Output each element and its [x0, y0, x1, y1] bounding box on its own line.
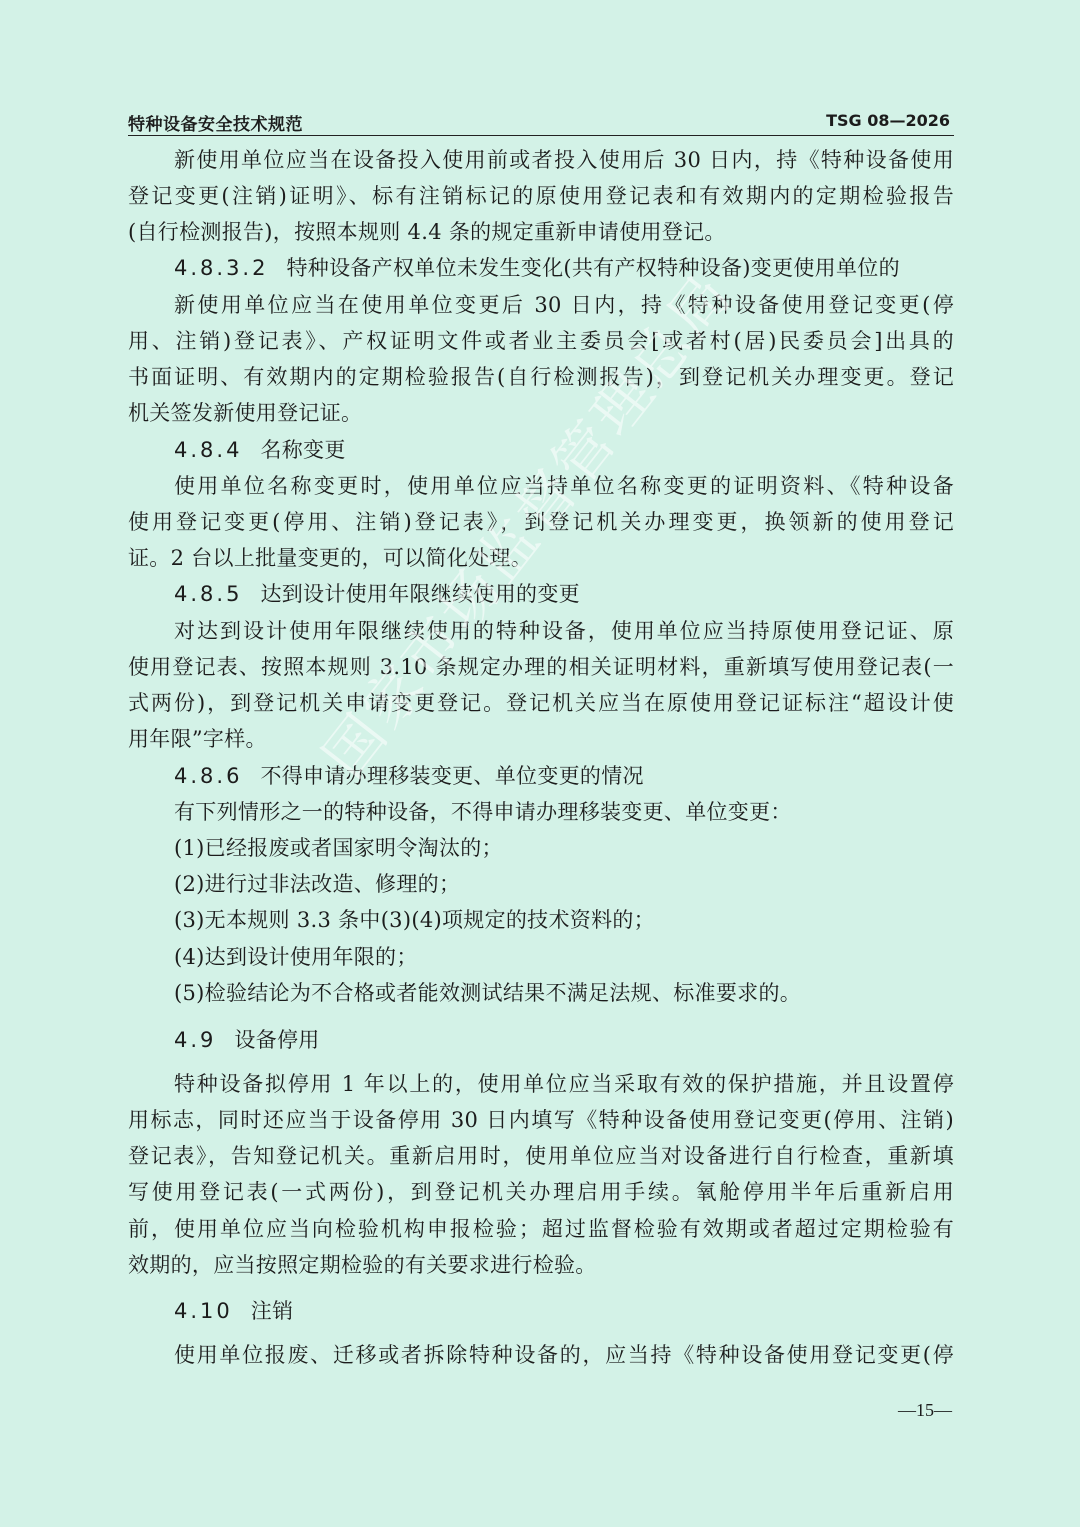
- section-heading: 4.10注销: [174, 1293, 293, 1329]
- section-number: 4.10: [174, 1299, 233, 1323]
- text-line: (5)检验结论为不合格或者能效测试结果不满足法规、标准要求的。: [174, 975, 801, 1011]
- section-heading: 4.8.5达到设计使用年限继续使用的变更: [174, 576, 580, 612]
- section-number: 4.9: [174, 1028, 216, 1052]
- text-line: 登记表》，告知登记机关。重新启用时，使用单位应当对设备进行自行检查，重新填: [128, 1138, 954, 1174]
- section-heading: 4.8.6不得申请办理移装变更、单位变更的情况: [174, 758, 644, 794]
- section-title: 不得申请办理移装变更、单位变更的情况: [260, 764, 643, 788]
- text-line: 前，使用单位应当向检验机构申报检验；超过监督检验有效期或者超过定期检验有: [128, 1211, 954, 1247]
- section-number: 4.8.3.2: [174, 256, 268, 280]
- text-line: (1)已经报废或者国家明令淘汰的；: [174, 830, 503, 866]
- text-line: 有下列情形之一的特种设备，不得申请办理移装变更、单位变更：: [174, 794, 792, 830]
- section-title: 注销: [251, 1299, 294, 1323]
- text-line: (3)无本规则 3.3 条中(3)(4)项规定的技术资料的；: [174, 902, 655, 938]
- text-line: 效期的，应当按照定期检验的有关要求进行检验。: [128, 1247, 597, 1283]
- document-page: 特种设备安全技术规范 TSG 08—2026 新使用单位应当在设备投入使用前或者…: [128, 0, 954, 1527]
- text-line: 机关签发新使用登记证。: [128, 395, 362, 431]
- section-heading: 4.8.3.2特种设备产权单位未发生变化(共有产权特种设备)变更使用单位的: [174, 250, 900, 286]
- text-line: 登记变更(注销)证明》、标有注销标记的原使用登记表和有效期内的定期检验报告: [128, 178, 954, 214]
- text-line: (4)达到设计使用年限的；: [174, 939, 418, 975]
- section-number: 4.8.4: [174, 438, 242, 462]
- text-line: 用标志，同时还应当于设备停用 30 日内填写《特种设备使用登记变更(停用、注销): [128, 1102, 954, 1138]
- text-line: 使用登记变更(停用、注销)登记表》，到登记机关办理变更，换领新的使用登记: [128, 504, 954, 540]
- text-line: (自行检测报告)，按照本规则 4.4 条的规定重新申请使用登记。: [128, 214, 726, 250]
- section-number: 4.8.6: [174, 764, 242, 788]
- text-line: 证。2 台以上批量变更的，可以简化处理。: [128, 540, 532, 576]
- running-header: 特种设备安全技术规范 TSG 08—2026: [128, 108, 954, 136]
- text-line: 特种设备拟停用 1 年以上的，使用单位应当采取有效的保护措施，并且设置停: [174, 1066, 954, 1102]
- text-line: 使用登记表、按照本规则 3.10 条规定办理的相关证明材料，重新填写使用登记表(…: [128, 649, 954, 685]
- document-series-title: 特种设备安全技术规范: [128, 110, 303, 135]
- section-heading: 4.8.4名称变更: [174, 432, 346, 468]
- text-line: (2)进行过非法改造、修理的；: [174, 866, 460, 902]
- text-line: 使用单位报废、迁移或者拆除特种设备的，应当持《特种设备使用登记变更(停: [174, 1337, 954, 1373]
- text-line: 新使用单位应当在使用单位变更后 30 日内，持《特种设备使用登记变更(停: [174, 287, 954, 323]
- section-title: 设备停用: [234, 1028, 319, 1052]
- section-title: 特种设备产权单位未发生变化(共有产权特种设备)变更使用单位的: [286, 256, 899, 280]
- text-line: 使用单位名称变更时，使用单位应当持单位名称变更的证明资料、《特种设备: [174, 468, 954, 504]
- text-line: 书面证明、有效期内的定期检验报告(自行检测报告)，到登记机关办理变更。登记: [128, 359, 954, 395]
- text-line: 用年限”字样。: [128, 721, 267, 757]
- text-line: 写使用登记表(一式两份)，到登记机关办理启用手续。氧舱停用半年后重新启用: [128, 1174, 954, 1210]
- text-line: 式两份)，到登记机关申请变更登记。登记机关应当在原使用登记证标注“超设计使: [128, 685, 954, 721]
- text-line: 用、注销)登记表》、产权证明文件或者业主委员会[或者村(居)民委员会]出具的: [128, 323, 954, 359]
- text-line: 对达到设计使用年限继续使用的特种设备，使用单位应当持原使用登记证、原: [174, 613, 954, 649]
- text-line: 新使用单位应当在设备投入使用前或者投入使用后 30 日内，持《特种设备使用: [174, 142, 954, 178]
- document-code: TSG 08—2026: [826, 111, 950, 130]
- section-title: 名称变更: [260, 438, 345, 462]
- section-number: 4.8.5: [174, 582, 242, 606]
- section-heading: 4.9设备停用: [174, 1022, 320, 1058]
- section-title: 达到设计使用年限继续使用的变更: [260, 582, 580, 606]
- page-number: —15—: [898, 1400, 952, 1421]
